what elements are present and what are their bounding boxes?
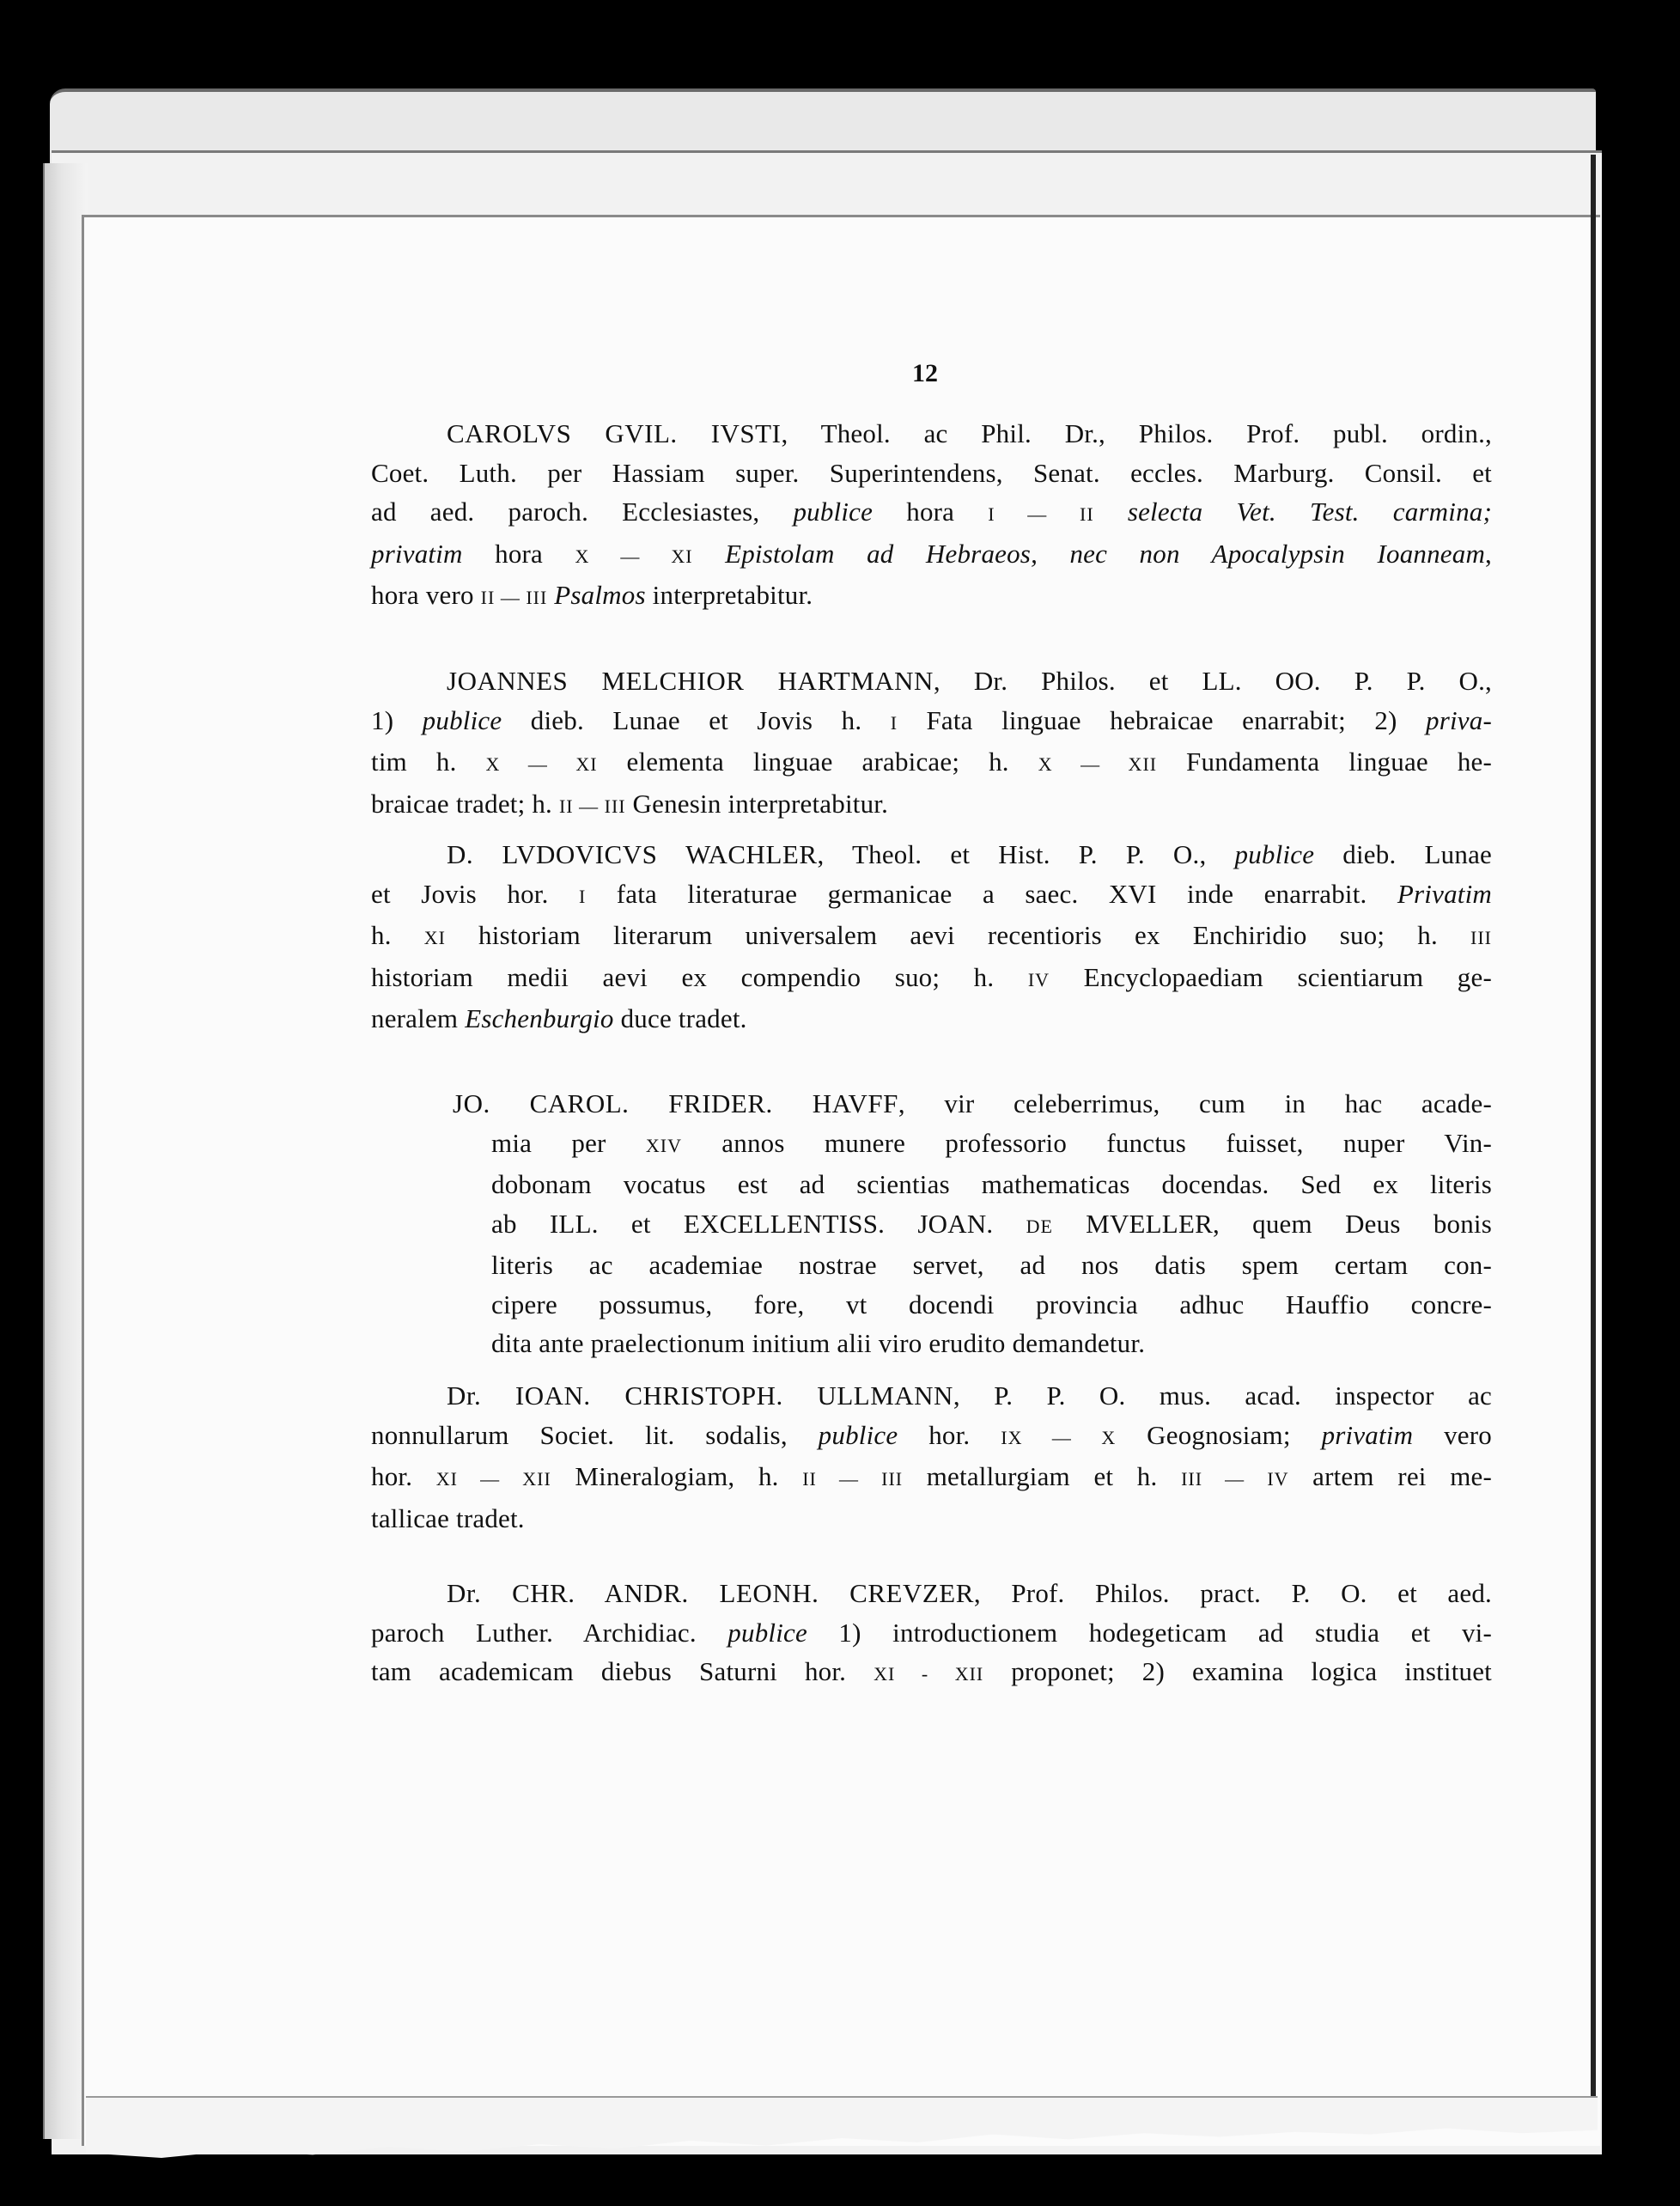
text-line: neralem Eschenburgio duce tradet.: [371, 999, 1492, 1039]
text-line: tallicae tradet.: [371, 1499, 1492, 1539]
text-line: historiam medii aevi ex compendio suo; h…: [371, 958, 1492, 1000]
text-line: mia per XIV annos munere professorio fun…: [371, 1124, 1492, 1166]
text-line: cipere possumus, fore, vt docendi provin…: [371, 1285, 1492, 1325]
professor-name: D. LVDOVICVS WACHLER: [447, 839, 818, 869]
text-line: paroch Luther. Archidiac. publice 1) int…: [371, 1613, 1492, 1653]
text-line: ad aed. paroch. Ecclesiastes, publice ho…: [371, 492, 1492, 534]
text-line: hora vero II — III Psalmos interpretabit…: [371, 576, 1492, 618]
text-line: literis ac academiae nostrae servet, ad …: [371, 1246, 1492, 1285]
text-line: hor. XI — XII Mineralogiam, h. II — III …: [371, 1457, 1492, 1499]
paragraph-hartmann: JOANNES MELCHIOR HARTMANN, Dr. Philos. e…: [371, 661, 1492, 826]
text-line: D. LVDOVICVS WACHLER, Theol. et Hist. P.…: [371, 835, 1492, 874]
text-line: Coet. Luth. per Hassiam super. Superinte…: [371, 454, 1492, 493]
text-line: tim h. X — XI elementa linguae arabicae;…: [371, 742, 1492, 784]
text-line: CAROLVS GVIL. IVSTI, Theol. ac Phil. Dr.…: [371, 414, 1492, 454]
text-line: et Jovis hor. I fata literaturae germani…: [371, 874, 1492, 917]
paragraph-ullmann: Dr. IOAN. CHRISTOPH. ULLMANN, P. P. O. m…: [371, 1376, 1492, 1538]
text-line: dobonam vocatus est ad scientias mathema…: [371, 1165, 1492, 1204]
text-line: tam academicam diebus Saturni hor. XI - …: [371, 1652, 1492, 1694]
text-line: privatim hora X — XI Epistolam ad Hebrae…: [371, 534, 1492, 576]
text-line: ab ILL. et EXCELLENTISS. JOAN. DE MVELLE…: [371, 1204, 1492, 1246]
page-right-edge: [1591, 155, 1596, 2113]
text-line: JO. CAROL. FRIDER. HAVFF, vir celeberrim…: [371, 1084, 1492, 1124]
text-line: dita ante praelectionum initium alii vir…: [371, 1324, 1492, 1363]
professor-name: JO. CAROL. FRIDER. HAVFF: [453, 1088, 898, 1118]
text-line: JOANNES MELCHIOR HARTMANN, Dr. Philos. e…: [371, 661, 1492, 701]
text-line: h. XI historiam literarum universalem ae…: [371, 916, 1492, 958]
professor-name: Dr. CHR. ANDR. LEONH. CREVZER: [447, 1578, 974, 1608]
text-line: 1) publice dieb. Lunae et Jovis h. I Fat…: [371, 701, 1492, 743]
professor-name: CAROLVS GVIL. IVSTI: [447, 418, 781, 448]
page-number: 12: [912, 359, 938, 388]
text-line: nonnullarum Societ. lit. sodalis, public…: [371, 1416, 1492, 1458]
text-line: Dr. IOAN. CHRISTOPH. ULLMANN, P. P. O. m…: [371, 1376, 1492, 1416]
paragraph-wachler: D. LVDOVICVS WACHLER, Theol. et Hist. P.…: [371, 835, 1492, 1039]
text-line: Dr. CHR. ANDR. LEONH. CREVZER, Prof. Phi…: [371, 1574, 1492, 1613]
professor-name: JOANNES MELCHIOR HARTMANN: [447, 666, 934, 696]
paragraph-iusti: CAROLVS GVIL. IVSTI, Theol. ac Phil. Dr.…: [371, 414, 1492, 618]
paragraph-hauff: JO. CAROL. FRIDER. HAVFF, vir celeberrim…: [371, 1084, 1492, 1363]
professor-name: Dr. IOAN. CHRISTOPH. ULLMANN: [447, 1380, 953, 1411]
paragraph-creuzer: Dr. CHR. ANDR. LEONH. CREVZER, Prof. Phi…: [371, 1574, 1492, 1694]
text-line: braicae tradet; h. II — III Genesin inte…: [371, 784, 1492, 826]
